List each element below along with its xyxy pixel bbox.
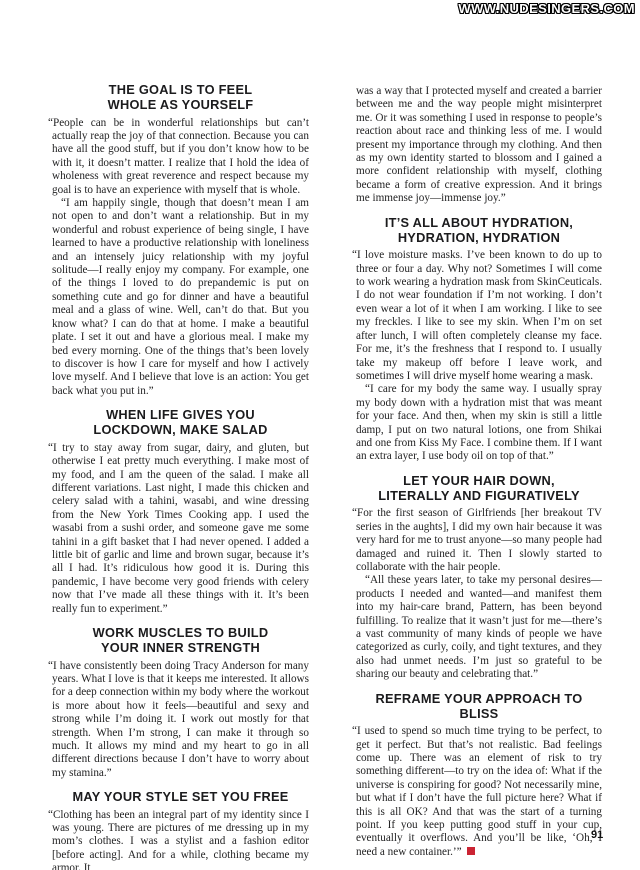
- section-hair-down: LET YOUR HAIR DOWN, LITERALLY AND FIGURA…: [356, 473, 602, 682]
- watermark: WWW.NUDESINGERS.COM: [458, 1, 635, 16]
- right-column: was a way that I protected myself and cr…: [356, 85, 602, 859]
- section-heading: LET YOUR HAIR DOWN, LITERALLY AND FIGURA…: [356, 473, 602, 504]
- section-heading: IT’S ALL ABOUT HYDRATION, HYDRATION, HYD…: [356, 215, 602, 246]
- paragraph: “Clothing has been an integral part of m…: [52, 809, 309, 870]
- section-heading: WHEN LIFE GIVES YOU LOCKDOWN, MAKE SALAD: [52, 407, 309, 438]
- section-lockdown-salad: WHEN LIFE GIVES YOU LOCKDOWN, MAKE SALAD…: [52, 407, 309, 616]
- section-heading: REFRAME YOUR APPROACH TO BLISS: [356, 691, 602, 722]
- paragraph: “I try to stay away from sugar, dairy, a…: [52, 442, 309, 616]
- paragraph: “For the first season of Girlfriends [he…: [356, 507, 602, 574]
- paragraph: “I am happily single, though that doesn’…: [52, 197, 309, 398]
- section-reframe-bliss: REFRAME YOUR APPROACH TO BLISS “I used t…: [356, 691, 602, 860]
- section-style-free: MAY YOUR STYLE SET YOU FREE “Clothing ha…: [52, 789, 309, 870]
- section-style-free-continued: was a way that I protected myself and cr…: [356, 85, 602, 206]
- section-heading: WORK MUSCLES TO BUILD YOUR INNER STRENGT…: [52, 625, 309, 656]
- paragraph: was a way that I protected myself and cr…: [356, 85, 602, 206]
- magazine-page: WWW.NUDESINGERS.COM THE GOAL IS TO FEEL …: [0, 0, 640, 870]
- paragraph: “All these years later, to take my perso…: [356, 574, 602, 681]
- paragraph-text: “I used to spend so much time trying to …: [352, 725, 602, 858]
- paragraph: “I love moisture masks. I’ve been known …: [356, 249, 602, 383]
- paragraph: “I have consistently been doing Tracy An…: [52, 660, 309, 781]
- paragraph: “I care for my body the same way. I usua…: [356, 383, 602, 463]
- section-work-muscles: WORK MUSCLES TO BUILD YOUR INNER STRENGT…: [52, 625, 309, 780]
- section-heading: THE GOAL IS TO FEEL WHOLE AS YOURSELF: [52, 82, 309, 113]
- paragraph: “People can be in wonderful relationship…: [52, 117, 309, 197]
- end-mark-square: [467, 847, 475, 855]
- section-hydration: IT’S ALL ABOUT HYDRATION, HYDRATION, HYD…: [356, 215, 602, 464]
- left-column: THE GOAL IS TO FEEL WHOLE AS YOURSELF “P…: [52, 82, 309, 870]
- section-heading: MAY YOUR STYLE SET YOU FREE: [52, 789, 309, 804]
- paragraph: “I used to spend so much time trying to …: [356, 725, 602, 859]
- page-number: 91: [591, 829, 603, 841]
- section-goal-whole: THE GOAL IS TO FEEL WHOLE AS YOURSELF “P…: [52, 82, 309, 398]
